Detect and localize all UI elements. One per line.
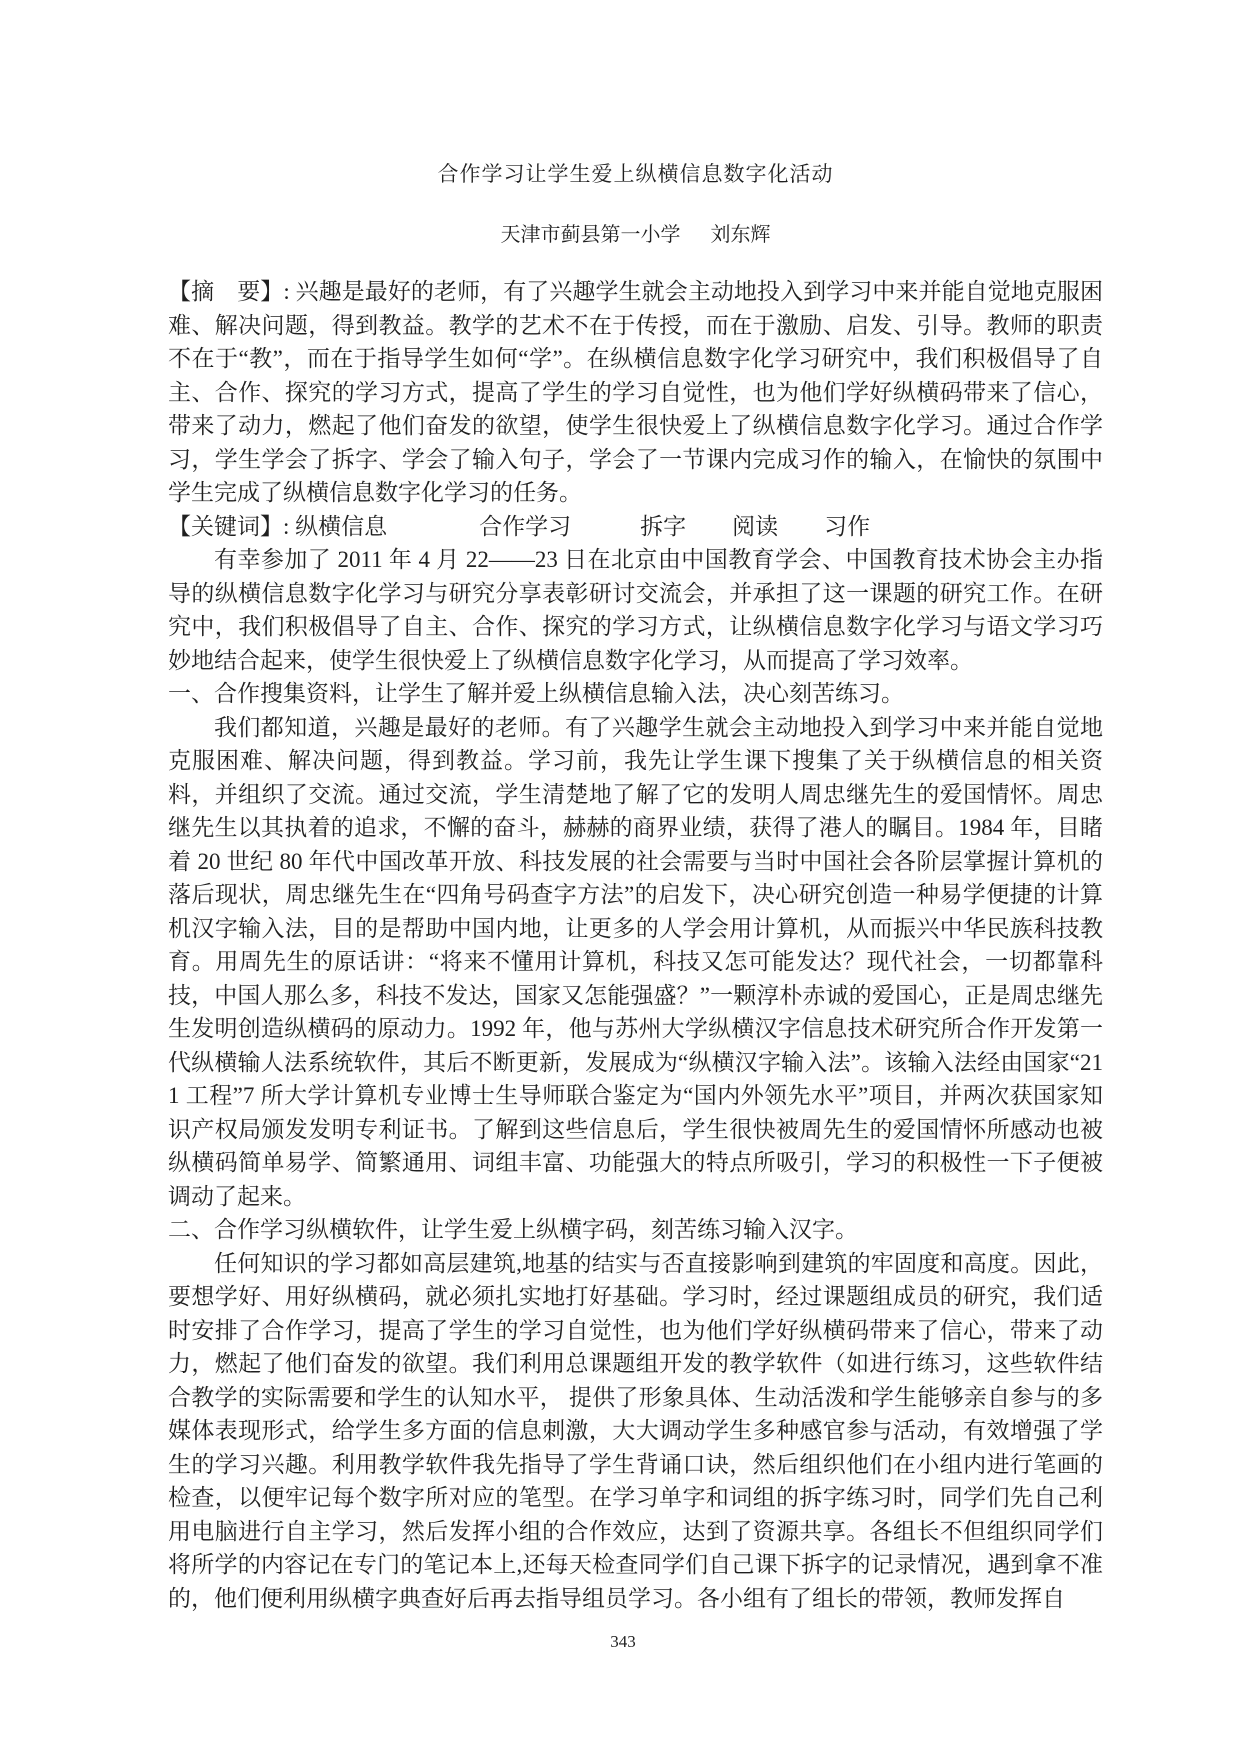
body-paragraph: 任何知识的学习都如高层建筑,地基的结实与否直接影响到建筑的牢固度和高度。因此，要… bbox=[168, 1247, 1103, 1616]
abstract-paragraph: 【摘 要】: 兴趣是最好的老师，有了兴趣学生就会主动地投入到学习中来并能自觉地克… bbox=[168, 275, 1103, 510]
author-line: 天津市蓟县第一小学 刘东辉 bbox=[168, 218, 1103, 247]
page-title: 合作学习让学生爱上纵横信息数字化活动 bbox=[168, 158, 1103, 188]
body-paragraph: 有幸参加了 2011 年 4 月 22——23 日在北京由中国教育学会、中国教育… bbox=[168, 543, 1103, 677]
section-heading-2: 二、合作学习纵横软件，让学生爱上纵横字码，刻苦练习输入汉字。 bbox=[168, 1213, 1103, 1247]
paper-page: 合作学习让学生爱上纵横信息数字化活动 天津市蓟县第一小学 刘东辉 【摘 要】: … bbox=[0, 0, 1246, 1763]
document-body: 【摘 要】: 兴趣是最好的老师，有了兴趣学生就会主动地投入到学习中来并能自觉地克… bbox=[168, 275, 1103, 1615]
document-content: 合作学习让学生爱上纵横信息数字化活动 天津市蓟县第一小学 刘东辉 【摘 要】: … bbox=[168, 0, 1103, 1615]
page-number: 343 bbox=[0, 1632, 1246, 1652]
keywords-line: 【关键词】: 纵横信息 合作学习 拆字 阅读 习作 bbox=[168, 510, 1103, 544]
section-heading-1: 一、合作搜集资料，让学生了解并爱上纵横信息输入法，决心刻苦练习。 bbox=[168, 677, 1103, 711]
body-paragraph: 我们都知道，兴趣是最好的老师。有了兴趣学生就会主动地投入到学习中来并能自觉地克服… bbox=[168, 711, 1103, 1214]
